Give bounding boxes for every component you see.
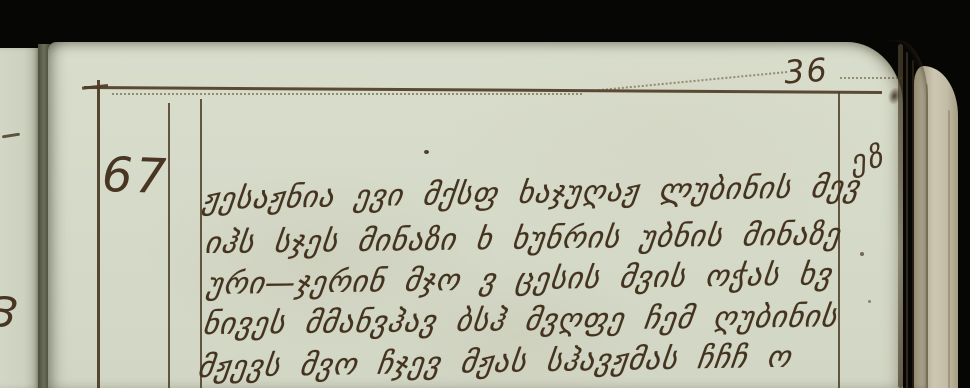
dotted-rule-right (840, 77, 902, 79)
facing-page-dash-mark (2, 133, 20, 139)
left-margin-rule (97, 80, 100, 388)
dotted-rule-under (112, 93, 582, 95)
entry-number: 67 (101, 147, 170, 205)
fore-edge-streak (948, 110, 950, 388)
column-rule-second (168, 103, 170, 388)
ink-speck (860, 252, 864, 256)
fore-edge-streak (906, 52, 908, 388)
column-rule-third (200, 99, 202, 388)
page-number: 36 (783, 50, 830, 91)
ink-speck (868, 300, 871, 303)
ink-dot (424, 150, 429, 154)
photo-canvas: 3 36 67 ეზ ჟესაჟნია ევი მქსფ ხაჯუღაჟ ლუბ… (0, 0, 970, 388)
fore-edge-streak (926, 84, 928, 388)
facing-page: 3 (0, 48, 40, 388)
facing-page-numeral: 3 (0, 286, 21, 339)
fore-edge-streak (912, 60, 914, 388)
